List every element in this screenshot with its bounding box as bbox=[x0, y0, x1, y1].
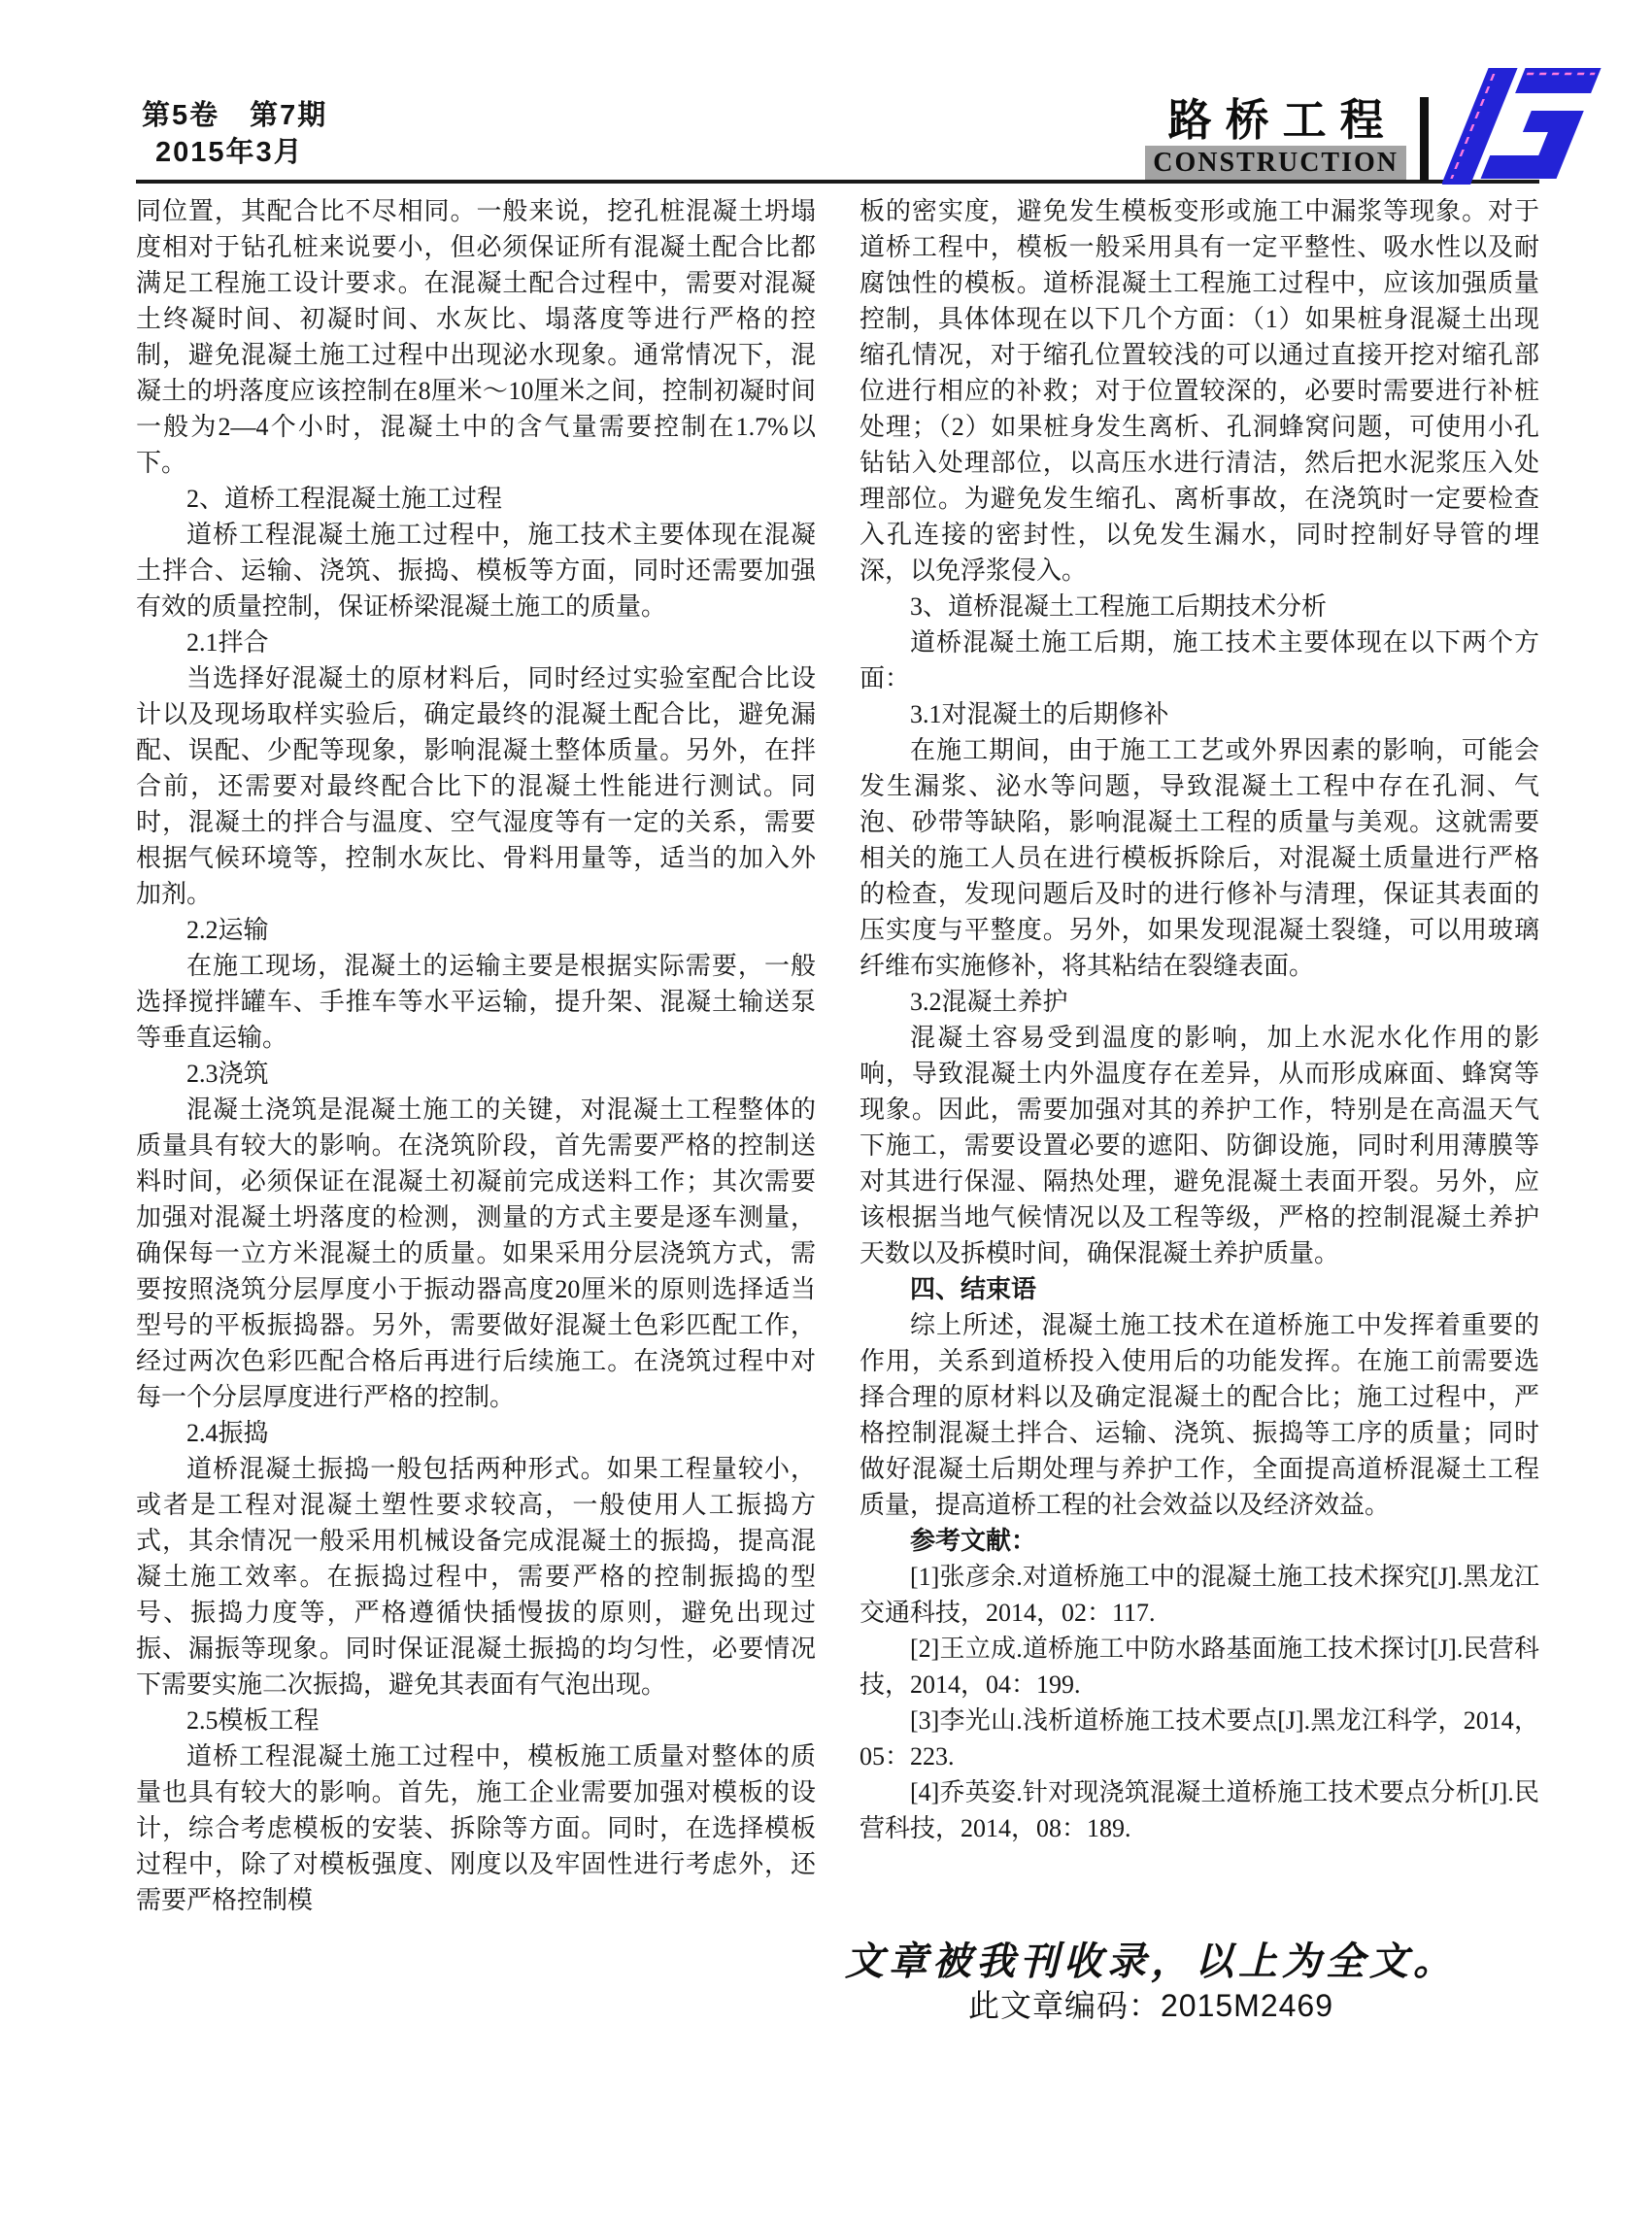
section-heading: 2、道桥工程混凝土施工过程 bbox=[136, 481, 816, 517]
paragraph: 综上所述，混凝土施工技术在道桥施工中发挥着重要的作用，关系到道桥投入使用后的功能… bbox=[860, 1307, 1539, 1523]
paragraph: 混凝土容易受到温度的影响，加上水泥水化作用的影响，导致混凝土内外温度存在差异，从… bbox=[860, 1020, 1539, 1271]
journal-masthead: 路桥工程 CONSTRUCTION bbox=[1145, 62, 1607, 186]
section-heading: 2.5模板工程 bbox=[136, 1703, 816, 1738]
column-left: 同位置，其配合比不尽相同。一般来说，挖孔桩混凝土坍塌度相对于钻孔桩来说要小，但必… bbox=[136, 193, 816, 1918]
footer-stamp: 文章被我刊收录，以上为全文。 此文章编码：2015M2469 bbox=[738, 1940, 1564, 2024]
section-heading: 2.3浇筑 bbox=[136, 1056, 816, 1092]
volume-issue: 第5卷 第7期 bbox=[142, 97, 327, 134]
issue-date: 2015年3月 bbox=[142, 134, 327, 171]
paragraph: 道桥混凝土施工后期，施工技术主要体现在以下两个方面： bbox=[860, 624, 1539, 696]
section-heading: 参考文献： bbox=[860, 1523, 1539, 1559]
paragraph: [4]乔英姿.针对现浇筑混凝土道桥施工技术要点分析[J].民营科技，2014，0… bbox=[860, 1774, 1539, 1846]
paragraph: 道桥工程混凝土施工过程中，模板施工质量对整体的质量也具有较大的影响。首先，施工企… bbox=[136, 1738, 816, 1918]
paragraph: 在施工现场，混凝土的运输主要是根据实际需要，一般选择搅拌罐车、手推车等水平运输，… bbox=[136, 948, 816, 1056]
paragraph: 同位置，其配合比不尽相同。一般来说，挖孔桩混凝土坍塌度相对于钻孔桩来说要小，但必… bbox=[136, 193, 816, 481]
paragraph: 在施工期间，由于施工工艺或外界因素的影响，可能会发生漏浆、泌水等问题，导致混凝土… bbox=[860, 732, 1539, 984]
section-heading: 3.2混凝土养护 bbox=[860, 984, 1539, 1020]
journal-title: 路桥工程 bbox=[1155, 97, 1398, 144]
footer-note: 文章被我刊收录，以上为全文。 bbox=[738, 1940, 1564, 1983]
issue-info: 第5卷 第7期 2015年3月 bbox=[142, 97, 327, 171]
section-heading: 四、结束语 bbox=[860, 1271, 1539, 1307]
article-code: 此文章编码：2015M2469 bbox=[738, 1987, 1564, 2024]
column-right: 板的密实度，避免发生模板变形或施工中漏浆等现象。对于道桥工程中，模板一般采用具有… bbox=[860, 193, 1539, 1918]
paragraph: 道桥工程混凝土施工过程中，施工技术主要体现在混凝土拌合、运输、浇筑、振捣、模板等… bbox=[136, 517, 816, 624]
section-heading: 3.1对混凝土的后期修补 bbox=[860, 696, 1539, 732]
masthead-divider bbox=[1420, 97, 1429, 181]
journal-page: 第5卷 第7期 2015年3月 路桥工程 CONSTRUCTION bbox=[0, 0, 1652, 2226]
section-heading: 3、道桥混凝土工程施工后期技术分析 bbox=[860, 589, 1539, 624]
paragraph: 板的密实度，避免发生模板变形或施工中漏浆等现象。对于道桥工程中，模板一般采用具有… bbox=[860, 193, 1539, 589]
article-body: 同位置，其配合比不尽相同。一般来说，挖孔桩混凝土坍塌度相对于钻孔桩来说要小，但必… bbox=[136, 193, 1554, 1918]
g-logo-icon bbox=[1442, 62, 1607, 186]
section-heading: 2.4振捣 bbox=[136, 1415, 816, 1451]
paragraph: 道桥混凝土振捣一般包括两种形式。如果工程量较小，或者是工程对混凝土塑性要求较高，… bbox=[136, 1451, 816, 1703]
paragraph: 当选择好混凝土的原材料后，同时经过实验室配合比设计以及现场取样实验后，确定最终的… bbox=[136, 660, 816, 912]
journal-subtitle: CONSTRUCTION bbox=[1145, 146, 1406, 180]
paragraph: [2]王立成.道桥施工中防水路基面施工技术探讨[J].民营科技，2014，04：… bbox=[860, 1631, 1539, 1703]
section-heading: 2.1拌合 bbox=[136, 624, 816, 660]
journal-title-block: 路桥工程 CONSTRUCTION bbox=[1145, 97, 1406, 180]
page-header: 第5卷 第7期 2015年3月 路桥工程 CONSTRUCTION bbox=[136, 0, 1539, 184]
paragraph: 混凝土浇筑是混凝土施工的关键，对混凝土工程整体的质量具有较大的影响。在浇筑阶段，… bbox=[136, 1092, 816, 1415]
paragraph: [1]张彦余.对道桥施工中的混凝土施工技术探究[J].黑龙江交通科技，2014，… bbox=[860, 1559, 1539, 1631]
journal-logo bbox=[1442, 62, 1607, 186]
section-heading: 2.2运输 bbox=[136, 912, 816, 948]
paragraph: [3]李光山.浅析道桥施工技术要点[J].黑龙江科学，2014，05：223. bbox=[860, 1703, 1539, 1774]
